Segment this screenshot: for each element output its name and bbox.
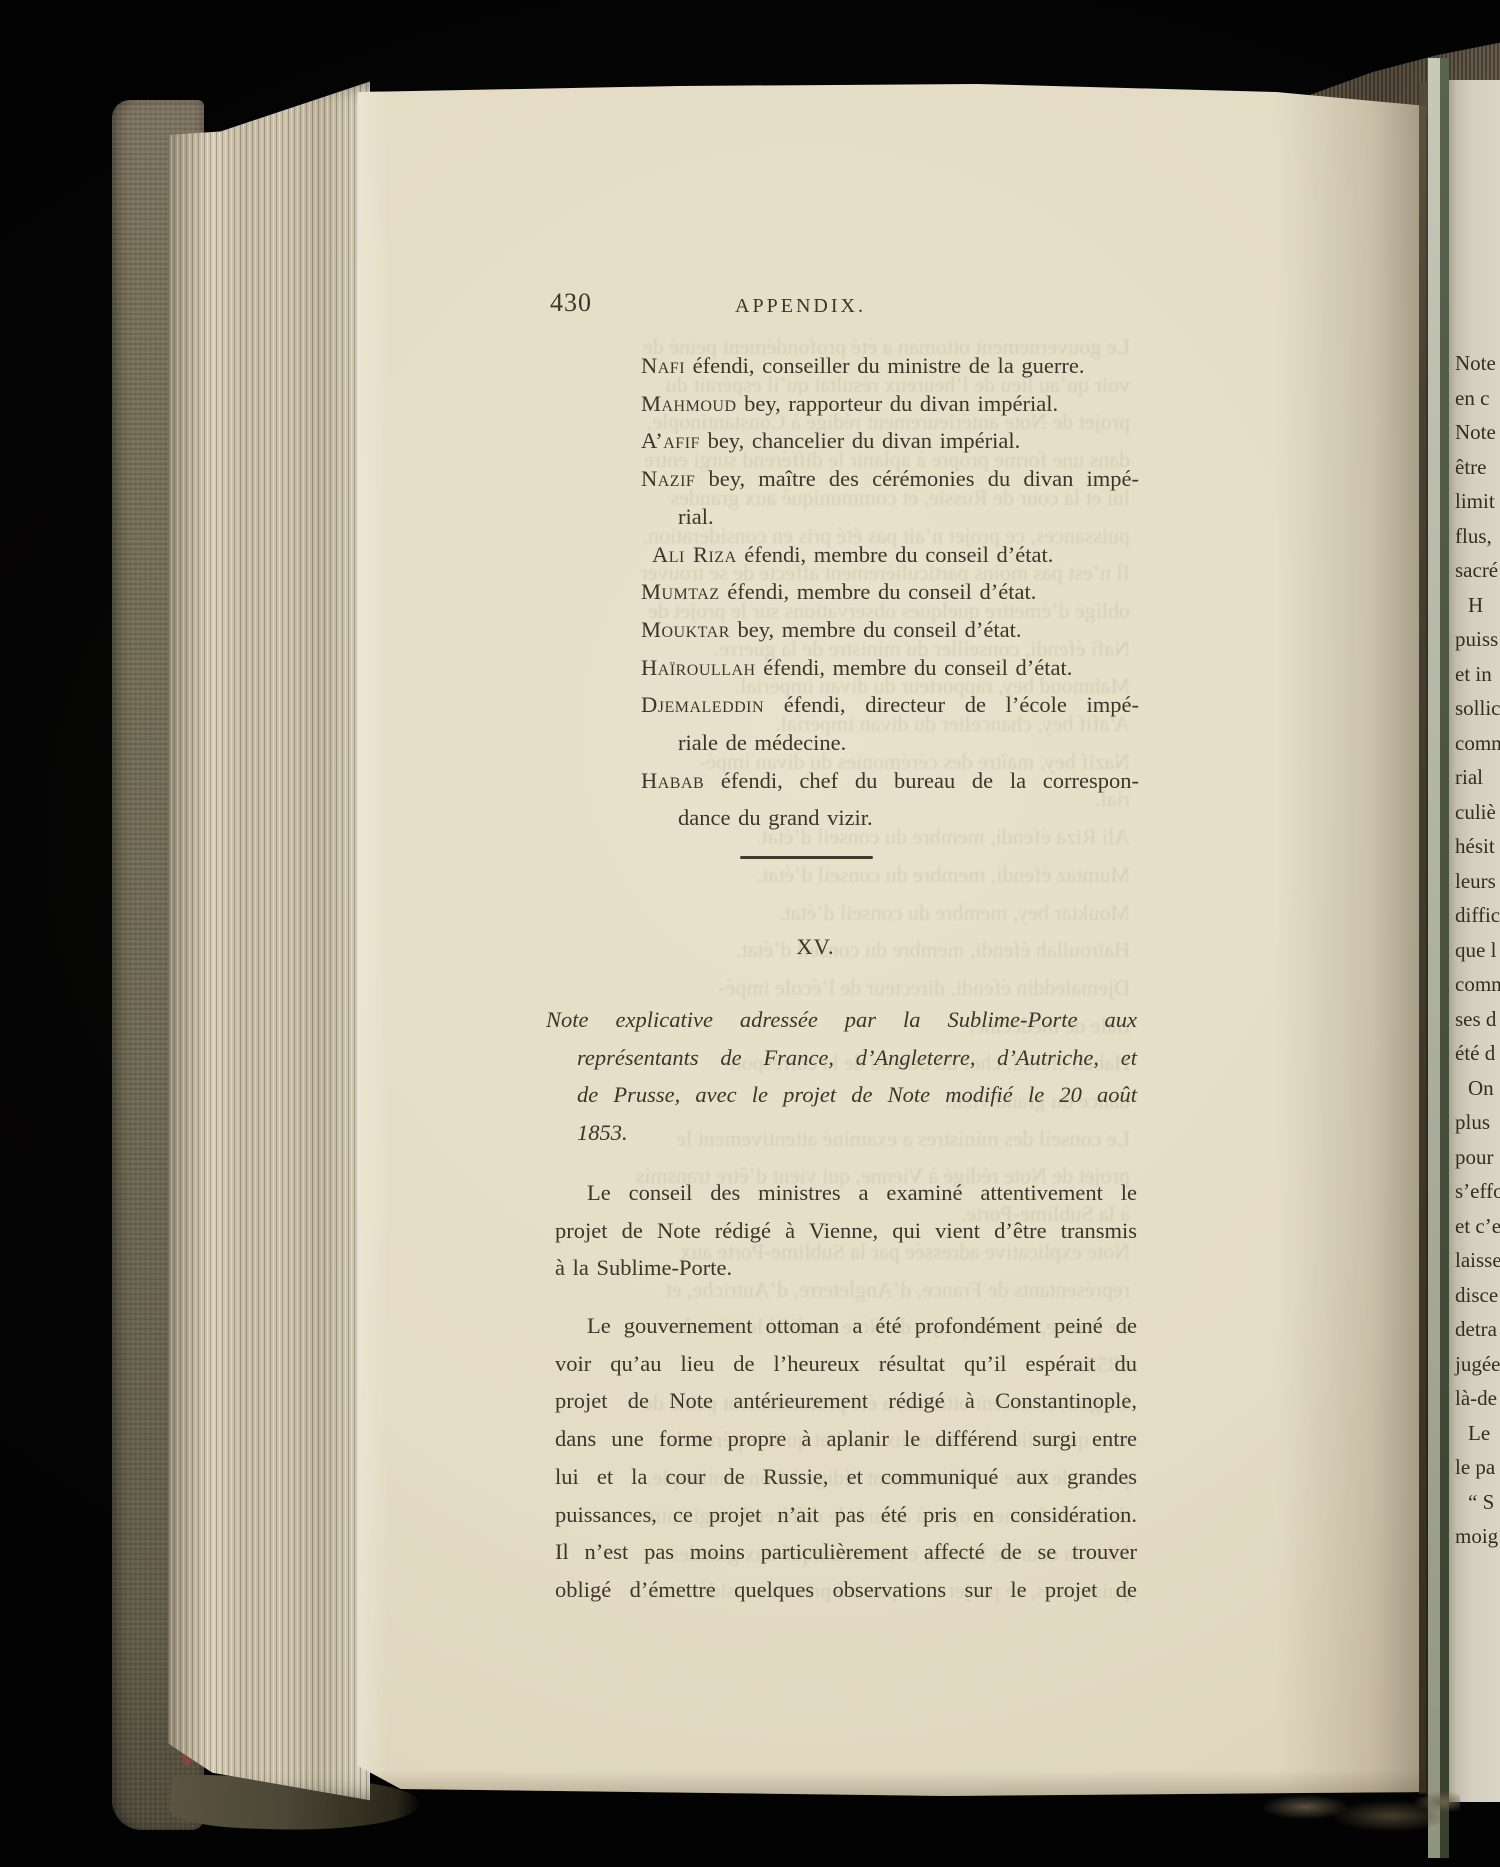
small-caps-name: Haïroullah (641, 655, 756, 680)
right-page-text-fragment: sollic (1449, 691, 1500, 726)
right-page-text-fragment: On (1449, 1071, 1500, 1106)
body-paragraph-1: Le conseil des ministres a examiné atten… (555, 1174, 1137, 1287)
small-caps-name: Nazif (641, 466, 695, 491)
right-page-sliver: Noteen cNoteêtrelimitflus,sacréHpuisset … (1449, 80, 1500, 1802)
small-caps-name: Ali Riza (652, 542, 737, 567)
body-line: projet de Note rédigé à Vienne, qui vien… (555, 1212, 1137, 1250)
small-caps-name: Nafi (641, 353, 685, 378)
delegate-line: Habab éfendi, chef du bureau de la corre… (641, 762, 1139, 800)
right-page-text-fragment: là-de (1449, 1381, 1500, 1416)
small-caps-name: A’afif (641, 428, 700, 453)
heading-line: 1853. (546, 1114, 1137, 1152)
gutter-ribbon-light-strip (1428, 58, 1440, 1858)
right-page-text-fragment: et c’e (1449, 1209, 1500, 1244)
right-page-text-fragment: le pa (1449, 1450, 1500, 1485)
heading-line: représentants de France, d’Angleterre, d… (546, 1039, 1137, 1077)
right-page-text-fragment: Le (1449, 1416, 1500, 1451)
right-page-text-fragment: sacré (1449, 553, 1500, 588)
right-page-text-fragment: plus (1449, 1105, 1500, 1140)
small-caps-name: Djemaleddin (641, 692, 764, 717)
body-line: dans une forme propre à aplanir le diffé… (555, 1420, 1137, 1458)
gutter-ribbon-dark-strip (1440, 58, 1449, 1858)
small-caps-name: Mahmoud (641, 391, 737, 416)
section-number: XV. (520, 928, 1111, 966)
body-line: Le gouvernement ottoman a été profondéme… (555, 1307, 1137, 1345)
body-line: obligé d’émettre quelques observations s… (555, 1571, 1137, 1609)
page-number: 430 (550, 284, 592, 322)
body-line: puissances, ce projet n’ait pas été pris… (555, 1496, 1137, 1534)
body-line: Le conseil des ministres a examiné atten… (555, 1174, 1137, 1212)
heading-line: de Prusse, avec le projet de Note modifi… (546, 1076, 1137, 1114)
right-page-text-fragment: puiss (1449, 622, 1500, 657)
small-caps-name: Habab (641, 768, 704, 793)
left-page: Le gouvernement ottoman a été profondéme… (358, 80, 1426, 1796)
body-line: voir qu’au lieu de l’heureux résultat qu… (555, 1345, 1137, 1383)
delegate-line: Nazif bey, maître des cérémonies du diva… (641, 460, 1139, 498)
delegate-line: Djemaleddin éfendi, directeur de l’école… (641, 686, 1139, 724)
right-page-text-fragment: Note (1449, 415, 1500, 450)
page-stack-fore-edge (168, 78, 370, 1802)
right-page-text-fragment: s’effo (1449, 1174, 1500, 1209)
body-line: projet de Note antérieurement rédigé à C… (555, 1382, 1137, 1420)
right-page-text-fragment: comm (1449, 967, 1500, 1002)
body-line: lui et la cour de Russie, et communiqué … (555, 1458, 1137, 1496)
gutter-bottom-shadow (1245, 1786, 1460, 1836)
right-page-text-fragment: pour (1449, 1140, 1500, 1175)
small-caps-name: Mouktar (641, 617, 730, 642)
right-page-text-fragment: en c (1449, 381, 1500, 416)
right-page-text-fragment: été d (1449, 1036, 1500, 1071)
body-line: Il n’est pas moins particulièrement affe… (555, 1533, 1137, 1571)
right-page-text-fragment: limit (1449, 484, 1500, 519)
delegates-list: Nafi éfendi, conseiller du ministre de l… (641, 347, 1139, 837)
right-page-text-fragment: H (1449, 588, 1500, 623)
section-divider-rule (740, 856, 873, 859)
right-page-text-fragment: disce (1449, 1278, 1500, 1313)
delegate-line: Haïroullah éfendi, membre du conseil d’é… (641, 649, 1139, 687)
delegate-line: Ali Riza éfendi, membre du conseil d’éta… (641, 536, 1139, 574)
right-page-text-fragment: jugée (1449, 1347, 1500, 1382)
small-caps-name: Mumtaz (641, 579, 720, 604)
right-page-text-fragment: laisse (1449, 1243, 1500, 1278)
section-heading: Note explicative adressée par la Sublime… (546, 1001, 1137, 1152)
body-paragraph-2: Le gouvernement ottoman a été profondéme… (555, 1307, 1137, 1609)
delegate-line: Mumtaz éfendi, membre du conseil d’état. (641, 573, 1139, 611)
delegate-line: Mahmoud bey, rapporteur du divan impéria… (641, 385, 1139, 423)
right-page-text-fragment: ses d (1449, 1002, 1500, 1037)
right-page-text-fragment: flus, (1449, 519, 1500, 554)
right-page-text-fragment: detra (1449, 1312, 1500, 1347)
delegate-line: Mouktar bey, membre du conseil d’état. (641, 611, 1139, 649)
body-line: à la Sublime-Porte. (555, 1249, 1137, 1287)
right-page-text-fragment: et in (1449, 657, 1500, 692)
book-photograph: Le gouvernement ottoman a été profondéme… (0, 0, 1500, 1867)
right-page-text-fragment: que l (1449, 933, 1500, 968)
delegate-line: riale de médecine. (641, 724, 1139, 762)
gutter-crease-shadow (1419, 82, 1428, 1794)
delegate-line: rial. (641, 498, 1139, 536)
delegate-line: Nafi éfendi, conseiller du ministre de l… (641, 347, 1139, 385)
right-page-text-fragment: rial (1449, 760, 1500, 795)
right-page-text-fragment: leurs (1449, 864, 1500, 899)
right-page-text-fragment: comm (1449, 726, 1500, 761)
running-head-row: 430 APPENDIX. (546, 284, 1137, 322)
right-page-text-fragment: hésit (1449, 829, 1500, 864)
heading-line: Note explicative adressée par la Sublime… (546, 1001, 1137, 1039)
right-page-text-fragment: culiè (1449, 795, 1500, 830)
right-page-text-fragment: moig (1449, 1519, 1500, 1554)
right-page-text-fragment: Note (1449, 346, 1500, 381)
right-page-text-fragment: diffic (1449, 898, 1500, 933)
right-page-text-fragment: être (1449, 450, 1500, 485)
delegate-line: A’afif bey, chancelier du divan impérial… (641, 422, 1139, 460)
right-page-text-fragment: “ S (1449, 1485, 1500, 1520)
running-header: APPENDIX. (735, 288, 866, 326)
delegate-line: dance du grand vizir. (641, 799, 1139, 837)
